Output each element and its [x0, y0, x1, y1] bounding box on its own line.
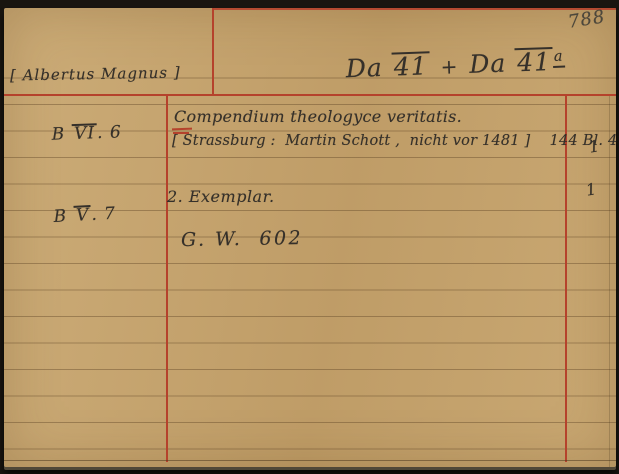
author-heading: [ Albertus Magnus ]: [10, 64, 181, 85]
shelfmark-entry-1: BVI. 6: [25, 102, 123, 165]
shelfmark-entry-2: BV. 7: [26, 184, 117, 249]
gw-reference: G. W. 602: [181, 227, 304, 251]
note-entry-2: 2. Exemplar.: [167, 187, 275, 206]
title-entry-1: Compendium theologyce veritatis.: [174, 107, 462, 126]
right-column-red-line: [565, 94, 567, 462]
left-column-red-line: [166, 94, 168, 462]
call-number-num-1: 41: [391, 51, 430, 81]
card-bottom-edge: [4, 460, 616, 461]
shelfmark-2-number: . 7: [91, 204, 117, 225]
page-number: 788: [567, 6, 607, 33]
card-right-edge-shadow: [609, 96, 610, 467]
plus-sign: +: [440, 54, 459, 79]
call-number-heading: Da41+Da41a: [309, 18, 567, 114]
call-number-prefix-1: Da: [345, 53, 383, 83]
shelfmark-1-letter: B: [51, 124, 65, 144]
shelfmark-2-letter: B: [53, 206, 68, 227]
header-vertical-red-line: [212, 8, 214, 96]
imprint-entry-1: [ Strassburg : Martin Schott , nicht vor…: [172, 133, 619, 149]
shelfmark-1-roman: VI: [72, 123, 98, 144]
header-top-red-line: [212, 8, 616, 10]
shelfmark-2-roman: V: [74, 205, 92, 226]
call-number-suffix: a: [553, 48, 565, 67]
call-number-num-2: 41: [515, 47, 554, 77]
catalog-card: 788 Da41+Da41a [ Albertus Magnus ] BVI. …: [4, 8, 616, 467]
shelfmark-1-number: . 6: [97, 122, 122, 143]
call-number-prefix-2: Da: [469, 49, 507, 79]
